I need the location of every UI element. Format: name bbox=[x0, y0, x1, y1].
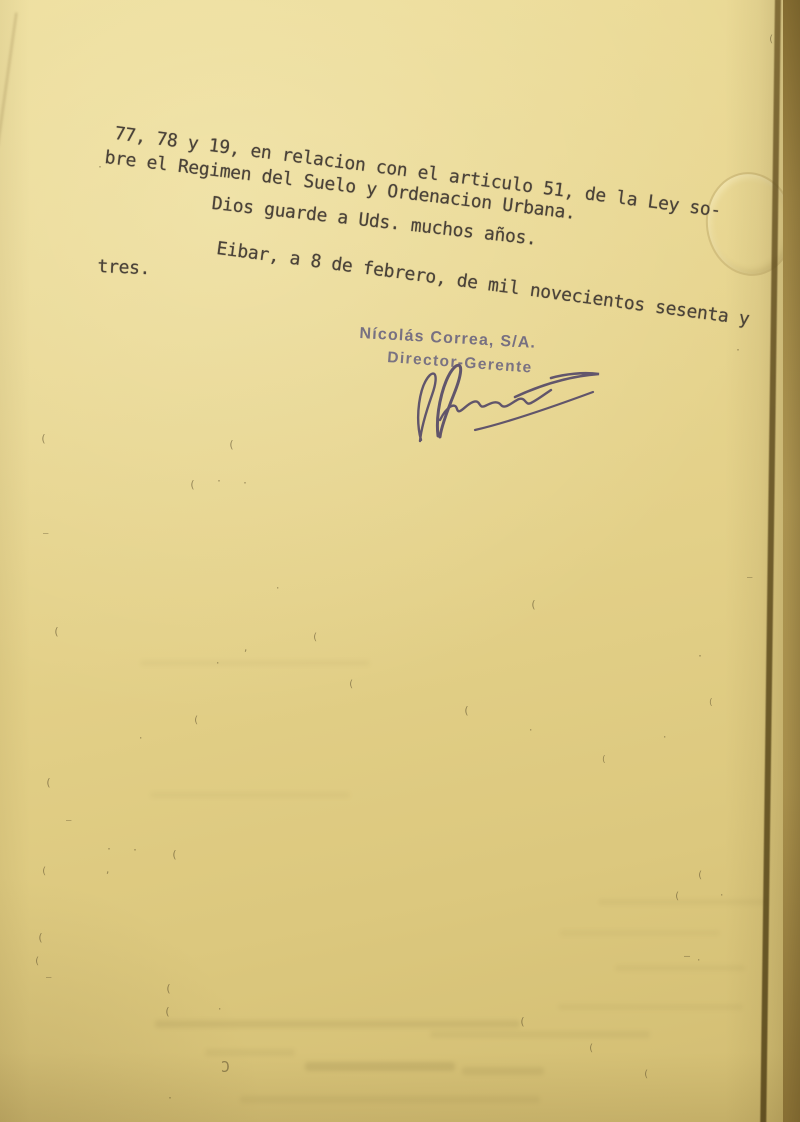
ink-speck: · bbox=[719, 892, 724, 901]
ink-speck: ( bbox=[189, 479, 196, 490]
ink-speck: ‚ bbox=[243, 645, 248, 654]
signature-flourish bbox=[375, 342, 615, 457]
ink-speck: · bbox=[215, 660, 220, 669]
ink-speck: · bbox=[528, 727, 533, 736]
ink-speck: ( bbox=[708, 699, 713, 708]
ink-speck: — bbox=[46, 974, 51, 983]
typed-line-5: tres. bbox=[97, 256, 151, 279]
ink-speck: ( bbox=[40, 433, 47, 444]
left-page-shading bbox=[0, 0, 30, 1122]
ink-speck: ( bbox=[601, 756, 606, 765]
ink-speck: ( bbox=[530, 599, 537, 610]
ink-speck: · bbox=[275, 585, 280, 594]
ink-speck: · bbox=[697, 652, 703, 662]
ink-speck: ( bbox=[164, 1006, 171, 1017]
ink-speck: ( bbox=[463, 705, 470, 716]
ink-speck: ( bbox=[45, 777, 52, 788]
ink-speck: ( bbox=[519, 1016, 526, 1027]
ink-speck: — bbox=[43, 530, 48, 539]
ink-speck: ( bbox=[165, 983, 172, 994]
ink-speck: ( bbox=[171, 849, 178, 860]
bleed-through-smudge bbox=[155, 1020, 520, 1028]
ink-speck: · bbox=[132, 846, 138, 856]
ink-speck: · bbox=[216, 477, 222, 487]
ink-speck: ( bbox=[193, 716, 199, 726]
bleed-through-smudge bbox=[430, 1031, 650, 1038]
ink-speck: ( bbox=[37, 932, 44, 943]
bleed-through-smudge bbox=[558, 1004, 743, 1010]
ink-speck: ( bbox=[348, 680, 354, 690]
typed-line-4: Eibar, a 8 de febrero, de mil noveciento… bbox=[215, 238, 750, 330]
bleed-through-smudge bbox=[560, 930, 720, 936]
ink-speck: ( bbox=[228, 439, 235, 450]
ink-speck: · bbox=[662, 734, 667, 743]
ink-speck: ( bbox=[697, 871, 703, 881]
document-page: ·(·(((··—·(–((‚··((((···((—··((‚((·(–·(—… bbox=[0, 0, 800, 1122]
ink-speck: · bbox=[106, 845, 112, 855]
ink-speck: — bbox=[66, 817, 71, 826]
ink-speck: · bbox=[242, 479, 248, 489]
bleed-through-smudge bbox=[140, 660, 370, 666]
ink-speck: · bbox=[217, 1006, 222, 1015]
ink-speck: ( bbox=[41, 867, 47, 877]
bottom-page-shading bbox=[0, 1052, 800, 1122]
bleed-through-smudge bbox=[150, 792, 350, 798]
ink-speck: ‚ bbox=[105, 867, 110, 876]
ink-speck: · bbox=[97, 163, 103, 173]
ink-speck: ( bbox=[34, 957, 40, 967]
ink-speck: ( bbox=[674, 892, 680, 902]
ink-speck: ( bbox=[53, 626, 60, 637]
ink-speck: ( bbox=[312, 633, 318, 643]
ink-speck: · bbox=[696, 957, 701, 966]
ink-speck: – bbox=[684, 952, 690, 962]
ink-speck: · bbox=[138, 735, 143, 744]
